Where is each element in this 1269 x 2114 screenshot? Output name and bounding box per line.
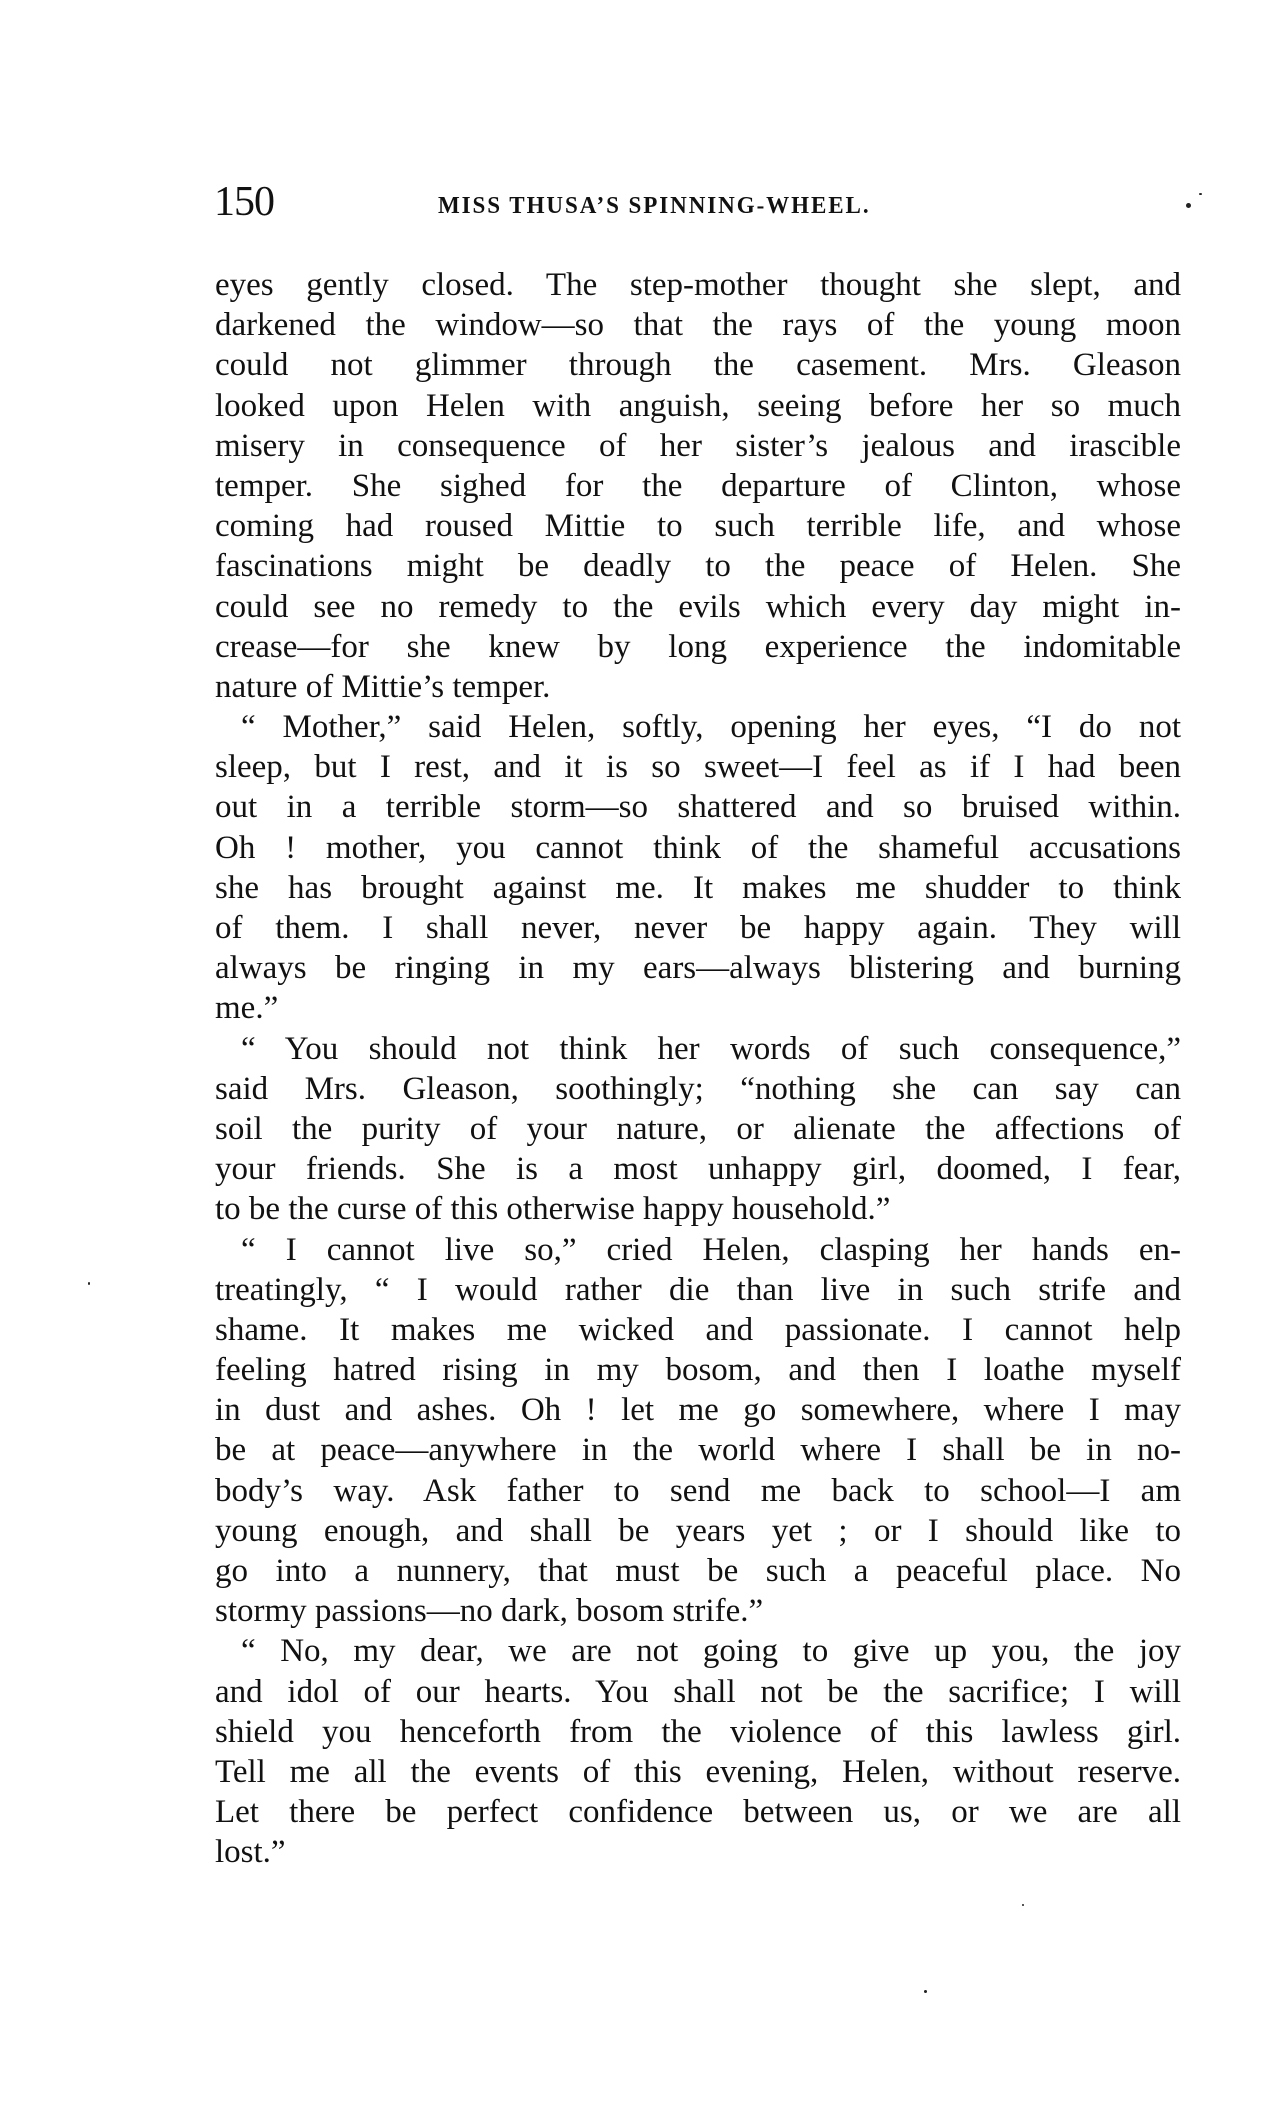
scan-speck-mark bbox=[1186, 203, 1191, 208]
text-line: me.” bbox=[215, 988, 1181, 1028]
text-line: Oh ! mother, you cannot think of the sha… bbox=[215, 828, 1181, 868]
text-line: “ Mother,” said Helen, softly, opening h… bbox=[215, 707, 1181, 747]
text-line: looked upon Helen with anguish, seeing b… bbox=[215, 386, 1181, 426]
text-line: darkened the window—so that the rays of … bbox=[215, 305, 1181, 345]
text-line: fascinations might be deadly to the peac… bbox=[215, 546, 1181, 586]
scan-speck-mark bbox=[1022, 1904, 1024, 1906]
scan-speck-mark bbox=[1199, 193, 1202, 195]
text-line: said Mrs. Gleason, soothingly; “nothing … bbox=[215, 1069, 1181, 1109]
book-page: 150 MISS THUSA’S SPINNING-WHEEL. eyes ge… bbox=[0, 0, 1269, 2114]
running-head: 150 MISS THUSA’S SPINNING-WHEEL. bbox=[214, 178, 1180, 226]
text-line: young enough, and shall be years yet ; o… bbox=[215, 1511, 1181, 1551]
text-line: your friends. She is a most unhappy girl… bbox=[215, 1149, 1181, 1189]
text-line: shield you henceforth from the violence … bbox=[215, 1712, 1181, 1752]
text-line: and idol of our hearts. You shall not be… bbox=[215, 1672, 1181, 1712]
text-line: always be ringing in my ears—always blis… bbox=[215, 948, 1181, 988]
text-line: feeling hatred rising in my bosom, and t… bbox=[215, 1350, 1181, 1390]
text-line: temper. She sighed for the departure of … bbox=[215, 466, 1181, 506]
text-line: crease—for she knew by long experience t… bbox=[215, 627, 1181, 667]
text-line: sleep, but I rest, and it is so sweet—I … bbox=[215, 747, 1181, 787]
text-line: nature of Mittie’s temper. bbox=[215, 667, 1181, 707]
running-title: MISS THUSA’S SPINNING-WHEEL. bbox=[438, 188, 871, 224]
text-line: out in a terrible storm—so shattered and… bbox=[215, 787, 1181, 827]
text-line: treatingly, “ I would rather die than li… bbox=[215, 1270, 1181, 1310]
text-line: shame. It makes me wicked and passionate… bbox=[215, 1310, 1181, 1350]
text-line: eyes gently closed. The step-mother thou… bbox=[215, 265, 1181, 305]
text-line: “ No, my dear, we are not going to give … bbox=[215, 1631, 1181, 1671]
text-line: could see no remedy to the evils which e… bbox=[215, 587, 1181, 627]
text-line: coming had roused Mittie to such terribl… bbox=[215, 506, 1181, 546]
text-line: body’s way. Ask father to send me back t… bbox=[215, 1471, 1181, 1511]
text-line: “ I cannot live so,” cried Helen, claspi… bbox=[215, 1230, 1181, 1270]
text-line: misery in consequence of her sister’s je… bbox=[215, 426, 1181, 466]
text-line: be at peace—anywhere in the world where … bbox=[215, 1430, 1181, 1470]
text-line: lost.” bbox=[215, 1832, 1181, 1872]
text-line: stormy passions—no dark, bosom strife.” bbox=[215, 1591, 1181, 1631]
text-line: she has brought against me. It makes me … bbox=[215, 868, 1181, 908]
scan-speck-mark bbox=[924, 1990, 927, 1993]
body-text: eyes gently closed. The step-mother thou… bbox=[215, 265, 1181, 1873]
text-line: Let there be perfect confidence between … bbox=[215, 1792, 1181, 1832]
text-line: Tell me all the events of this evening, … bbox=[215, 1752, 1181, 1792]
text-line: “ You should not think her words of such… bbox=[215, 1029, 1181, 1069]
text-line: go into a nunnery, that must be such a p… bbox=[215, 1551, 1181, 1591]
text-line: soil the purity of your nature, or alien… bbox=[215, 1109, 1181, 1149]
text-line: could not glimmer through the casement. … bbox=[215, 345, 1181, 385]
page-number: 150 bbox=[214, 178, 274, 226]
scan-speck-mark bbox=[88, 1282, 90, 1285]
text-line: to be the curse of this otherwise happy … bbox=[215, 1189, 1181, 1229]
text-line: of them. I shall never, never be happy a… bbox=[215, 908, 1181, 948]
text-line: in dust and ashes. Oh ! let me go somewh… bbox=[215, 1390, 1181, 1430]
